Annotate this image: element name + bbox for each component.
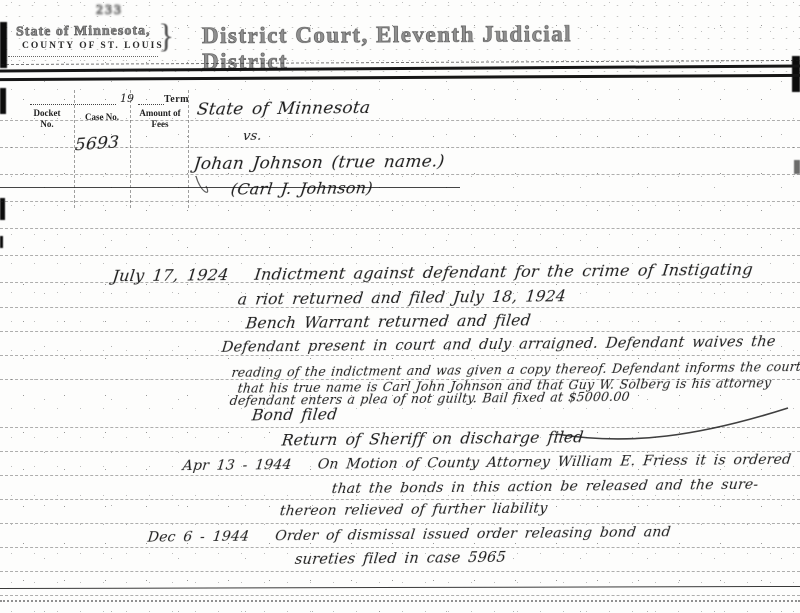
entry-line: Dec 6 - 1944Order of dismissal issued or… <box>147 524 672 545</box>
header-rule-2 <box>0 74 800 81</box>
ruled-line <box>0 427 800 428</box>
term-line-leader <box>30 93 116 105</box>
year-prefix: 19 <box>120 92 134 105</box>
ruled-line <box>0 147 800 148</box>
stamp-number: 233 <box>96 3 123 19</box>
caption-alias: (Carl J. Johnson) <box>230 178 374 198</box>
ruled-line <box>0 547 800 548</box>
column-separator <box>188 90 189 208</box>
solid-rule-caption <box>0 187 460 188</box>
entry-text: Defendant present in court and duly arra… <box>221 334 777 356</box>
ruled-line <box>0 331 800 332</box>
ruled-line <box>0 451 800 452</box>
entry-date: Apr 13 - 1944 <box>182 457 293 474</box>
entry-text: Bench Warrant returned and filed <box>245 312 532 333</box>
term-line-leader2 <box>138 93 164 105</box>
entry-text: thereon relieved of further liability <box>279 501 548 520</box>
state-of-minnesota-label: State of Minnesota, <box>16 23 151 40</box>
entry-line: Apr 13 - 1944On Motion of County Attorne… <box>182 452 792 474</box>
entry-text: Bond filed <box>251 406 338 425</box>
ruled-line <box>0 255 800 256</box>
ruled-line <box>0 307 800 308</box>
ruled-line <box>0 595 800 596</box>
entry-line: Defendant present in court and duly arra… <box>221 334 777 356</box>
entry-text: Return of Sheriff on discharge filed <box>281 428 585 449</box>
entry-text: On Motion of County Attorney William E. … <box>317 452 792 473</box>
caption-defendant: Johan Johnson (true name.) <box>193 152 446 175</box>
entry-line: Bond filed <box>251 406 338 425</box>
entry-text: a riot returned and filed July 18, 1924 <box>237 287 567 308</box>
ruled-line <box>0 523 800 524</box>
entry-line: Return of Sheriff on discharge filed <box>281 428 585 449</box>
caption-vs: vs. <box>242 129 262 144</box>
column-separator <box>130 90 131 208</box>
entry-text: that the bonds in this action be release… <box>331 477 759 497</box>
entry-line: sureties filed in case 5965 <box>294 550 507 568</box>
entry-line: Bench Warrant returned and filed <box>245 312 532 333</box>
ruled-line <box>0 174 800 175</box>
entry-text: Indictment against defendant for the cri… <box>254 260 754 284</box>
ruled-line <box>0 499 800 500</box>
county-label: COUNTY OF ST. LOUIS <box>22 41 164 51</box>
dotted-rule-bottom <box>0 600 800 602</box>
ruled-line <box>0 201 800 202</box>
entry-date: July 17, 1924 <box>112 265 230 285</box>
term-label: Term <box>164 94 189 105</box>
ruled-line <box>0 475 800 476</box>
solid-rule-bottom <box>0 586 800 589</box>
caption-plaintiff: State of Minnesota <box>196 98 372 120</box>
col-header-amount-fees: Amount of Fees <box>134 108 186 130</box>
scan-artifact <box>0 22 7 68</box>
scan-artifact <box>0 88 6 114</box>
entry-date: Dec 6 - 1944 <box>147 529 250 546</box>
case-number-value: 5693 <box>74 132 119 155</box>
entry-text: Order of dismissal issued order releasin… <box>274 524 671 544</box>
caption-bracket: } <box>158 18 174 56</box>
ruled-line <box>0 120 800 121</box>
ruled-line <box>0 571 800 572</box>
scan-artifact <box>794 160 800 174</box>
entry-line: thereon relieved of further liability <box>279 501 548 520</box>
term-line: 19 Term <box>30 92 189 105</box>
ruled-line <box>0 228 800 229</box>
col-header-docket-no: Docket No. <box>26 108 68 130</box>
county-underline <box>8 56 158 57</box>
ruled-line <box>0 355 800 356</box>
scanned-court-docket-page: 233 State of Minnesota, COUNTY OF ST. LO… <box>0 0 800 613</box>
entry-line: that the bonds in this action be release… <box>331 477 759 497</box>
scan-artifact <box>0 236 3 248</box>
entry-line: a riot returned and filed July 18, 1924 <box>237 287 567 308</box>
entry-text: sureties filed in case 5965 <box>294 550 507 568</box>
